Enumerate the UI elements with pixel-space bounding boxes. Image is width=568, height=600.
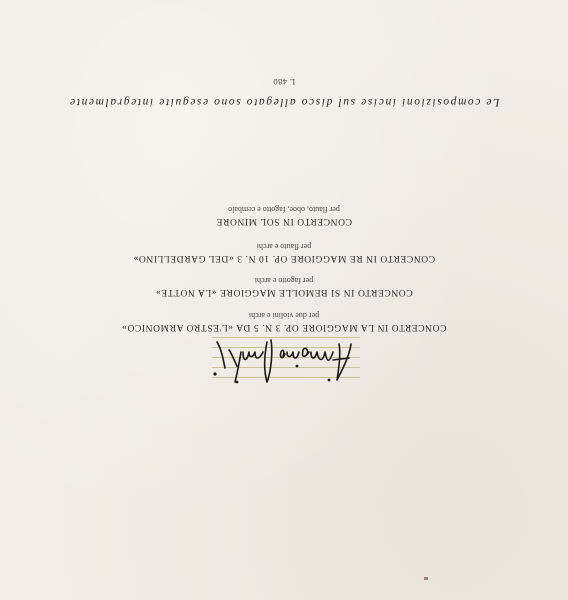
work-item: Concerto in sol minore per flauto, oboe,… — [0, 205, 568, 226]
work-instrumentation: per due violini e archi — [0, 311, 568, 320]
work-title: Concerto in sol minore — [0, 216, 568, 226]
work-title: Concerto in si bemolle maggiore «La Nott… — [0, 287, 568, 297]
work-instrumentation: per flauto e archi — [0, 242, 568, 251]
work-item: Concerto in si bemolle maggiore «La Nott… — [0, 276, 568, 297]
paper-speck — [424, 577, 428, 580]
work-instrumentation: per flauto, oboe, fagotto e cembalo — [0, 205, 568, 214]
record-sleeve-page: Le composizioni incise sul disco allegat… — [0, 0, 568, 600]
work-instrumentation: per fagotto e archi — [0, 276, 568, 285]
work-item: Concerto in re maggiore op. 10 n. 3 «Del… — [0, 242, 568, 263]
catalog-number: L 480 — [0, 77, 568, 87]
work-title: Concerto in re maggiore op. 10 n. 3 «Del… — [0, 253, 568, 263]
upside-down-content: Le composizioni incise sul disco allegat… — [0, 0, 568, 600]
recording-note: Le composizioni incise sul disco allegat… — [0, 96, 568, 108]
vivaldi-signature — [203, 322, 363, 402]
